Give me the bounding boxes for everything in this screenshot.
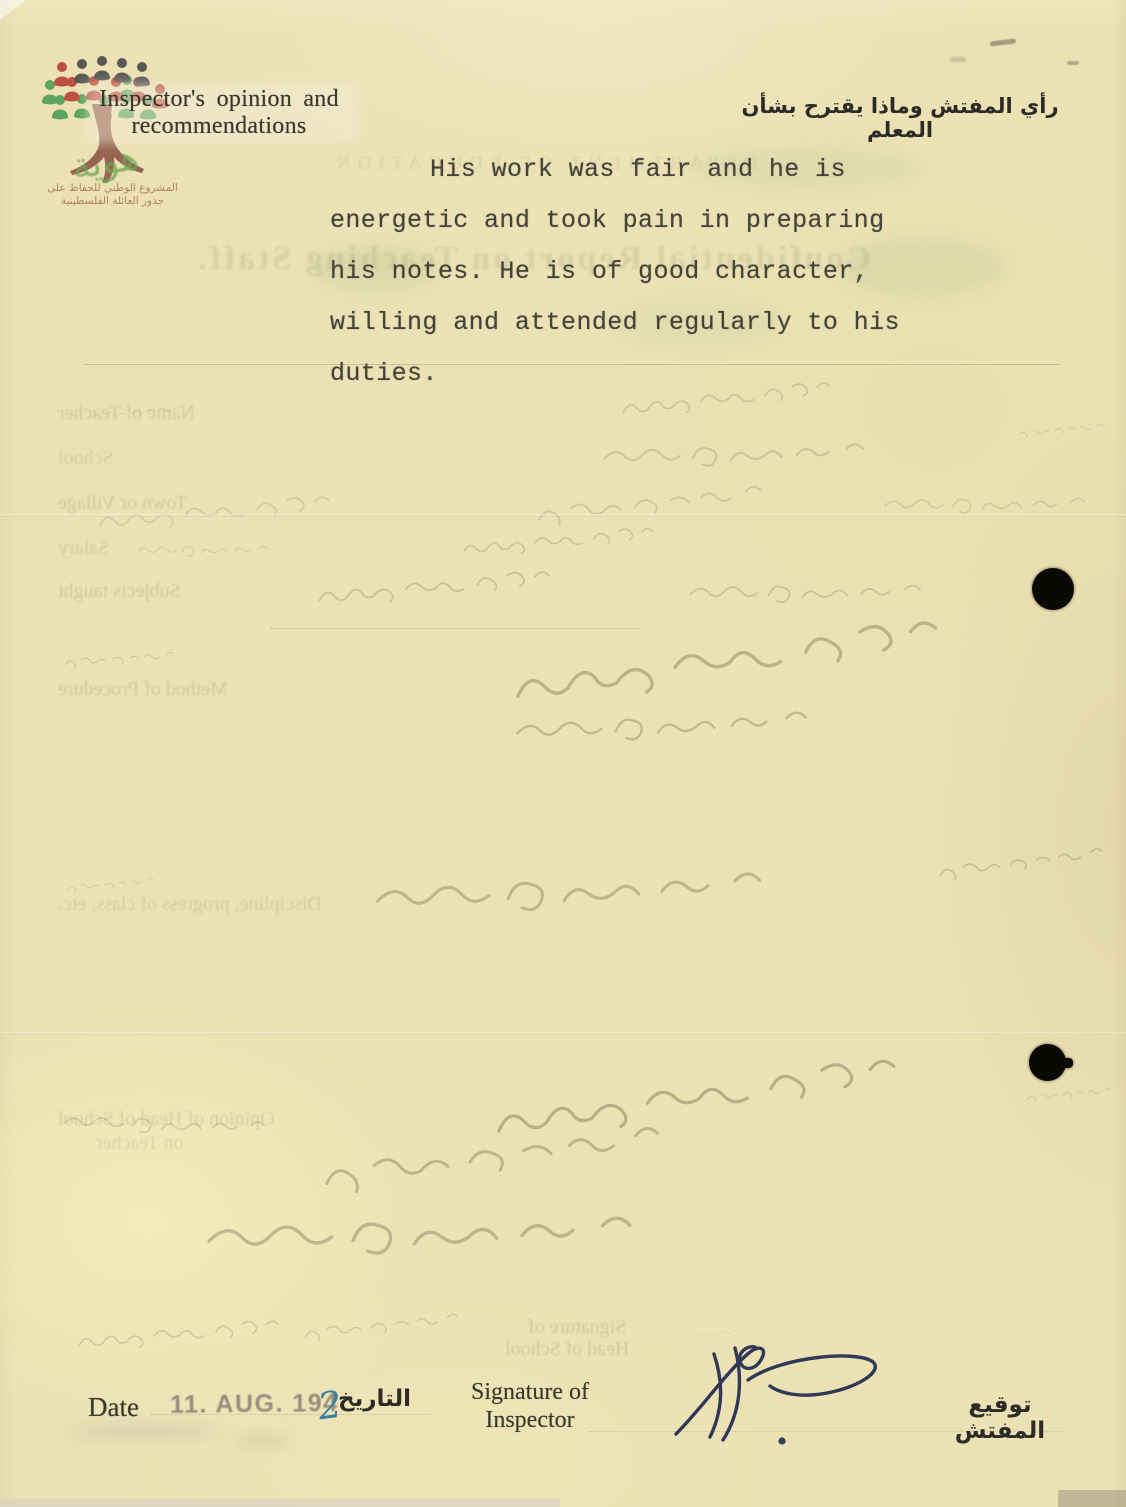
signature-label-arabic: توقيع المفتش <box>930 1392 1070 1444</box>
ghost-field-discipline: Discipline, progress of class, etc. <box>58 893 322 916</box>
ghost-signature-head1: Signature of <box>528 1316 626 1339</box>
inspector-signature <box>662 1336 892 1451</box>
scan-corner <box>0 0 26 20</box>
fold-crease <box>0 1032 1126 1035</box>
ruled-line <box>85 364 1060 365</box>
ghost-handwriting <box>625 578 975 608</box>
opinion-line: His work was fair and he is <box>330 155 930 206</box>
date-label-arabic: التاريخ <box>338 1386 411 1412</box>
date-label: Date <box>88 1392 139 1423</box>
opinion-line: energetic and took pain in preparing <box>330 206 930 257</box>
ghost-handwriting <box>479 635 961 715</box>
signature-label: Signature of Inspector <box>440 1378 620 1434</box>
scan-edge-bottom-right <box>1058 1490 1126 1507</box>
scan-edge-bottom-left <box>0 1499 560 1507</box>
opinion-line: duties. <box>330 359 930 410</box>
ink-mark <box>1067 61 1079 65</box>
ghost-handwriting <box>90 410 190 423</box>
document-page: هوية المشروع الوطني للحفاظ على جذور العا… <box>0 0 1126 1507</box>
ghost-handwriting <box>300 1321 470 1346</box>
ghost-handwriting <box>62 654 182 674</box>
section-title-line2: recommendations <box>84 113 354 140</box>
ghost-signature-head2: Head of School <box>505 1338 629 1361</box>
ghost-handwriting <box>60 1109 261 1142</box>
ghost-handwriting <box>469 1074 911 1149</box>
hole-punch-bump <box>1062 1058 1073 1068</box>
ghost-field-subjects: Subjects taught <box>58 580 181 603</box>
ghost-handwriting <box>460 535 650 560</box>
ghost-handwriting <box>1015 428 1110 440</box>
hole-punch <box>1029 1044 1066 1081</box>
ghost-handwriting <box>250 580 610 610</box>
date-stamp: 11. AUG. 194 <box>170 1389 339 1420</box>
ghost-field-method: Method of Procedure <box>58 678 228 701</box>
ghost-handwriting <box>135 542 265 559</box>
ghost-handwriting <box>935 855 1116 885</box>
opinion-line: his notes. He is of good character, <box>330 257 930 308</box>
inspector-opinion-text: His work was fair and he is energetic an… <box>330 155 930 410</box>
ink-mark <box>990 38 1016 46</box>
signature-label-line2: Inspector <box>440 1406 620 1434</box>
stamp-residue <box>70 1424 220 1438</box>
ghost-field-school: School <box>58 447 114 470</box>
fold-crease <box>0 514 1126 517</box>
ghost-handwriting <box>95 505 325 535</box>
section-title: Inspector's opinion and recommendations <box>84 86 354 140</box>
section-title-arabic: رأي المفتش وماذا يقترح بشأن المعلم <box>730 94 1070 142</box>
section-title-line1: Inspector's opinion and <box>84 86 354 113</box>
logo-caption-line1: المشروع الوطني للحفاظ على <box>30 182 195 195</box>
hole-punch <box>1032 568 1074 610</box>
ghost-handwriting <box>299 1141 700 1203</box>
signature-label-line1: Signature of <box>440 1378 620 1406</box>
ghost-handwriting <box>1025 1092 1117 1104</box>
ghost-handwriting <box>65 882 160 895</box>
stamp-residue <box>232 1436 292 1445</box>
ruled-line-dotted <box>270 628 640 629</box>
ghost-handwriting <box>349 861 770 926</box>
ghost-handwriting <box>170 1204 651 1267</box>
ghost-field-salary: Salary <box>58 537 109 560</box>
logo-caption-line2: جذور العائلة الفلسطينية <box>30 195 195 208</box>
ghost-handwriting <box>598 436 859 475</box>
ghost-handwriting <box>75 1328 275 1354</box>
opinion-line: willing and attended regularly to his <box>330 308 930 359</box>
ink-mark <box>950 57 966 62</box>
